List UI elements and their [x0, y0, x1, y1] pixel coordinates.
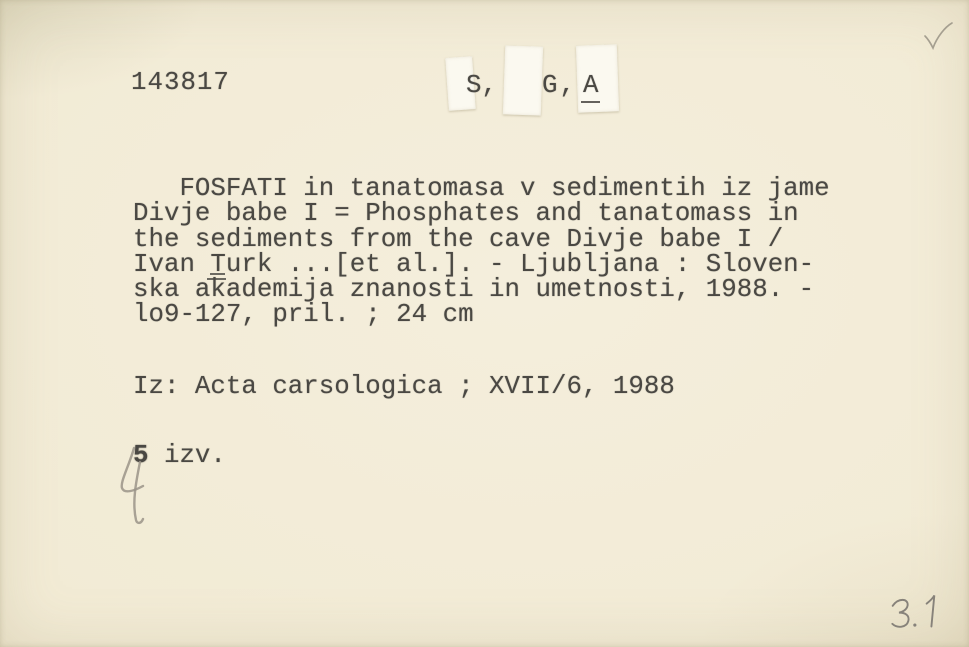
typed-underline-mark	[210, 273, 225, 275]
catalog-card: 143817 S,G,A FOSFATI in tanatomasa v sed…	[0, 0, 969, 647]
description-line: Ivan Turk ...[et al.]. - Ljubljana : Slo…	[133, 252, 830, 277]
source-note: Iz: Acta carsologica ; XVII/6, 1988	[133, 372, 675, 401]
description-line: Divje babe I = Phosphates and tanatomass…	[133, 201, 830, 226]
underline-mark	[581, 101, 600, 103]
copies-label: izv.	[148, 441, 225, 470]
pencil-number-annotation	[116, 444, 160, 532]
typed-overline-mark	[207, 278, 226, 280]
classification-part: A	[583, 71, 598, 100]
description-line: ska akademija znanosti in umetnosti, 198…	[133, 277, 830, 302]
classification-part: ,	[559, 71, 574, 100]
bibliographic-description: FOSFATI in tanatomasa v sedimentih iz ja…	[133, 176, 830, 328]
description-line: lo9-127, pril. ; 24 cm	[133, 302, 830, 327]
pencil-code-annotation	[887, 593, 946, 637]
description-line: FOSFATI in tanatomasa v sedimentih iz ja…	[133, 176, 830, 201]
checkmark-icon	[920, 20, 956, 56]
description-line: the sediments from the cave Divje babe I…	[133, 227, 830, 252]
classification-part: S,	[466, 71, 497, 100]
classification-part: G	[542, 71, 557, 100]
catalog-number: 143817	[131, 68, 230, 97]
classification-heading: S,G,A	[466, 71, 598, 100]
